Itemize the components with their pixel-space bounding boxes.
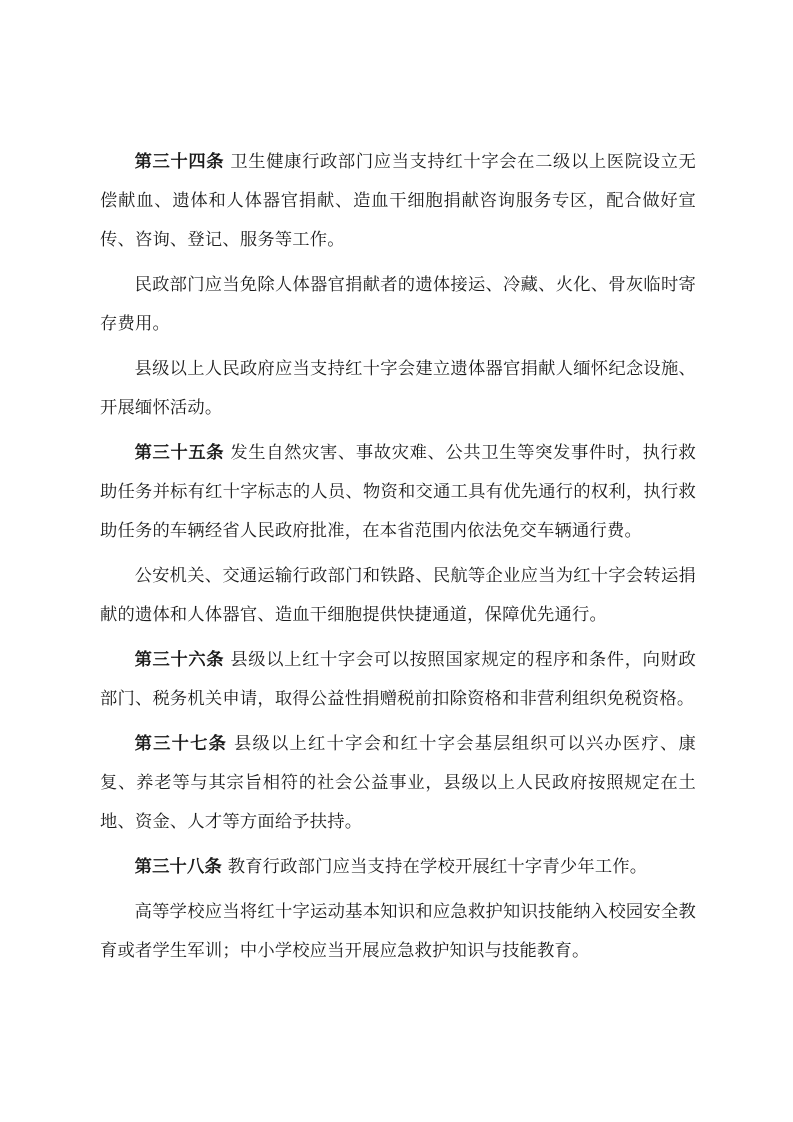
paragraph-memorial: 县级以上人民政府应当支持红十字会建立遗体器官捐献人缅怀纪念设施、开展缅怀活动。 — [100, 350, 696, 428]
document-page: 第三十四条 卫生健康行政部门应当支持红十字会在二级以上医院设立无偿献血、遗体和人… — [100, 143, 696, 977]
paragraph-higher-education: 高等学校应当将红十字运动基本知识和应急救护知识技能纳入校园安全教育或者学生军训；… — [100, 893, 696, 971]
paragraph-article-38: 第三十八条 教育行政部门应当支持在学校开展红十字青少年工作。 — [100, 848, 696, 887]
paragraph-transport: 公安机关、交通运输行政部门和铁路、民航等企业应当为红十字会转运捐献的遗体和人体器… — [100, 557, 696, 635]
article-heading: 第三十四条 — [135, 152, 225, 172]
paragraph-text: 民政部门应当免除人体器官捐献者的遗体接运、冷藏、火化、骨灰临时寄存费用。 — [100, 275, 696, 334]
paragraph-article-37: 第三十七条 县级以上红十字会和红十字会基层组织可以兴办医疗、康复、养老等与其宗旨… — [100, 725, 696, 842]
paragraph-civil-affairs: 民政部门应当免除人体器官捐献者的遗体接运、冷藏、火化、骨灰临时寄存费用。 — [100, 266, 696, 344]
paragraph-article-35: 第三十五条 发生自然灾害、事故灾难、公共卫生等突发事件时，执行救助任务并标有红十… — [100, 434, 696, 551]
article-heading: 第三十七条 — [135, 734, 228, 754]
paragraph-text: 公安机关、交通运输行政部门和铁路、民航等企业应当为红十字会转运捐献的遗体和人体器… — [100, 566, 696, 625]
article-heading: 第三十六条 — [135, 650, 225, 670]
article-heading: 第三十八条 — [135, 857, 222, 877]
paragraph-article-36: 第三十六条 县级以上红十字会可以按照国家规定的程序和条件，向财政部门、税务机关申… — [100, 641, 696, 719]
paragraph-text: 教育行政部门应当支持在学校开展红十字青少年工作。 — [222, 857, 647, 877]
paragraph-article-34: 第三十四条 卫生健康行政部门应当支持红十字会在二级以上医院设立无偿献血、遗体和人… — [100, 143, 696, 260]
paragraph-text: 高等学校应当将红十字运动基本知识和应急救护知识技能纳入校园安全教育或者学生军训；… — [100, 902, 696, 961]
article-heading: 第三十五条 — [135, 443, 225, 463]
paragraph-text: 县级以上人民政府应当支持红十字会建立遗体器官捐献人缅怀纪念设施、开展缅怀活动。 — [100, 359, 696, 418]
